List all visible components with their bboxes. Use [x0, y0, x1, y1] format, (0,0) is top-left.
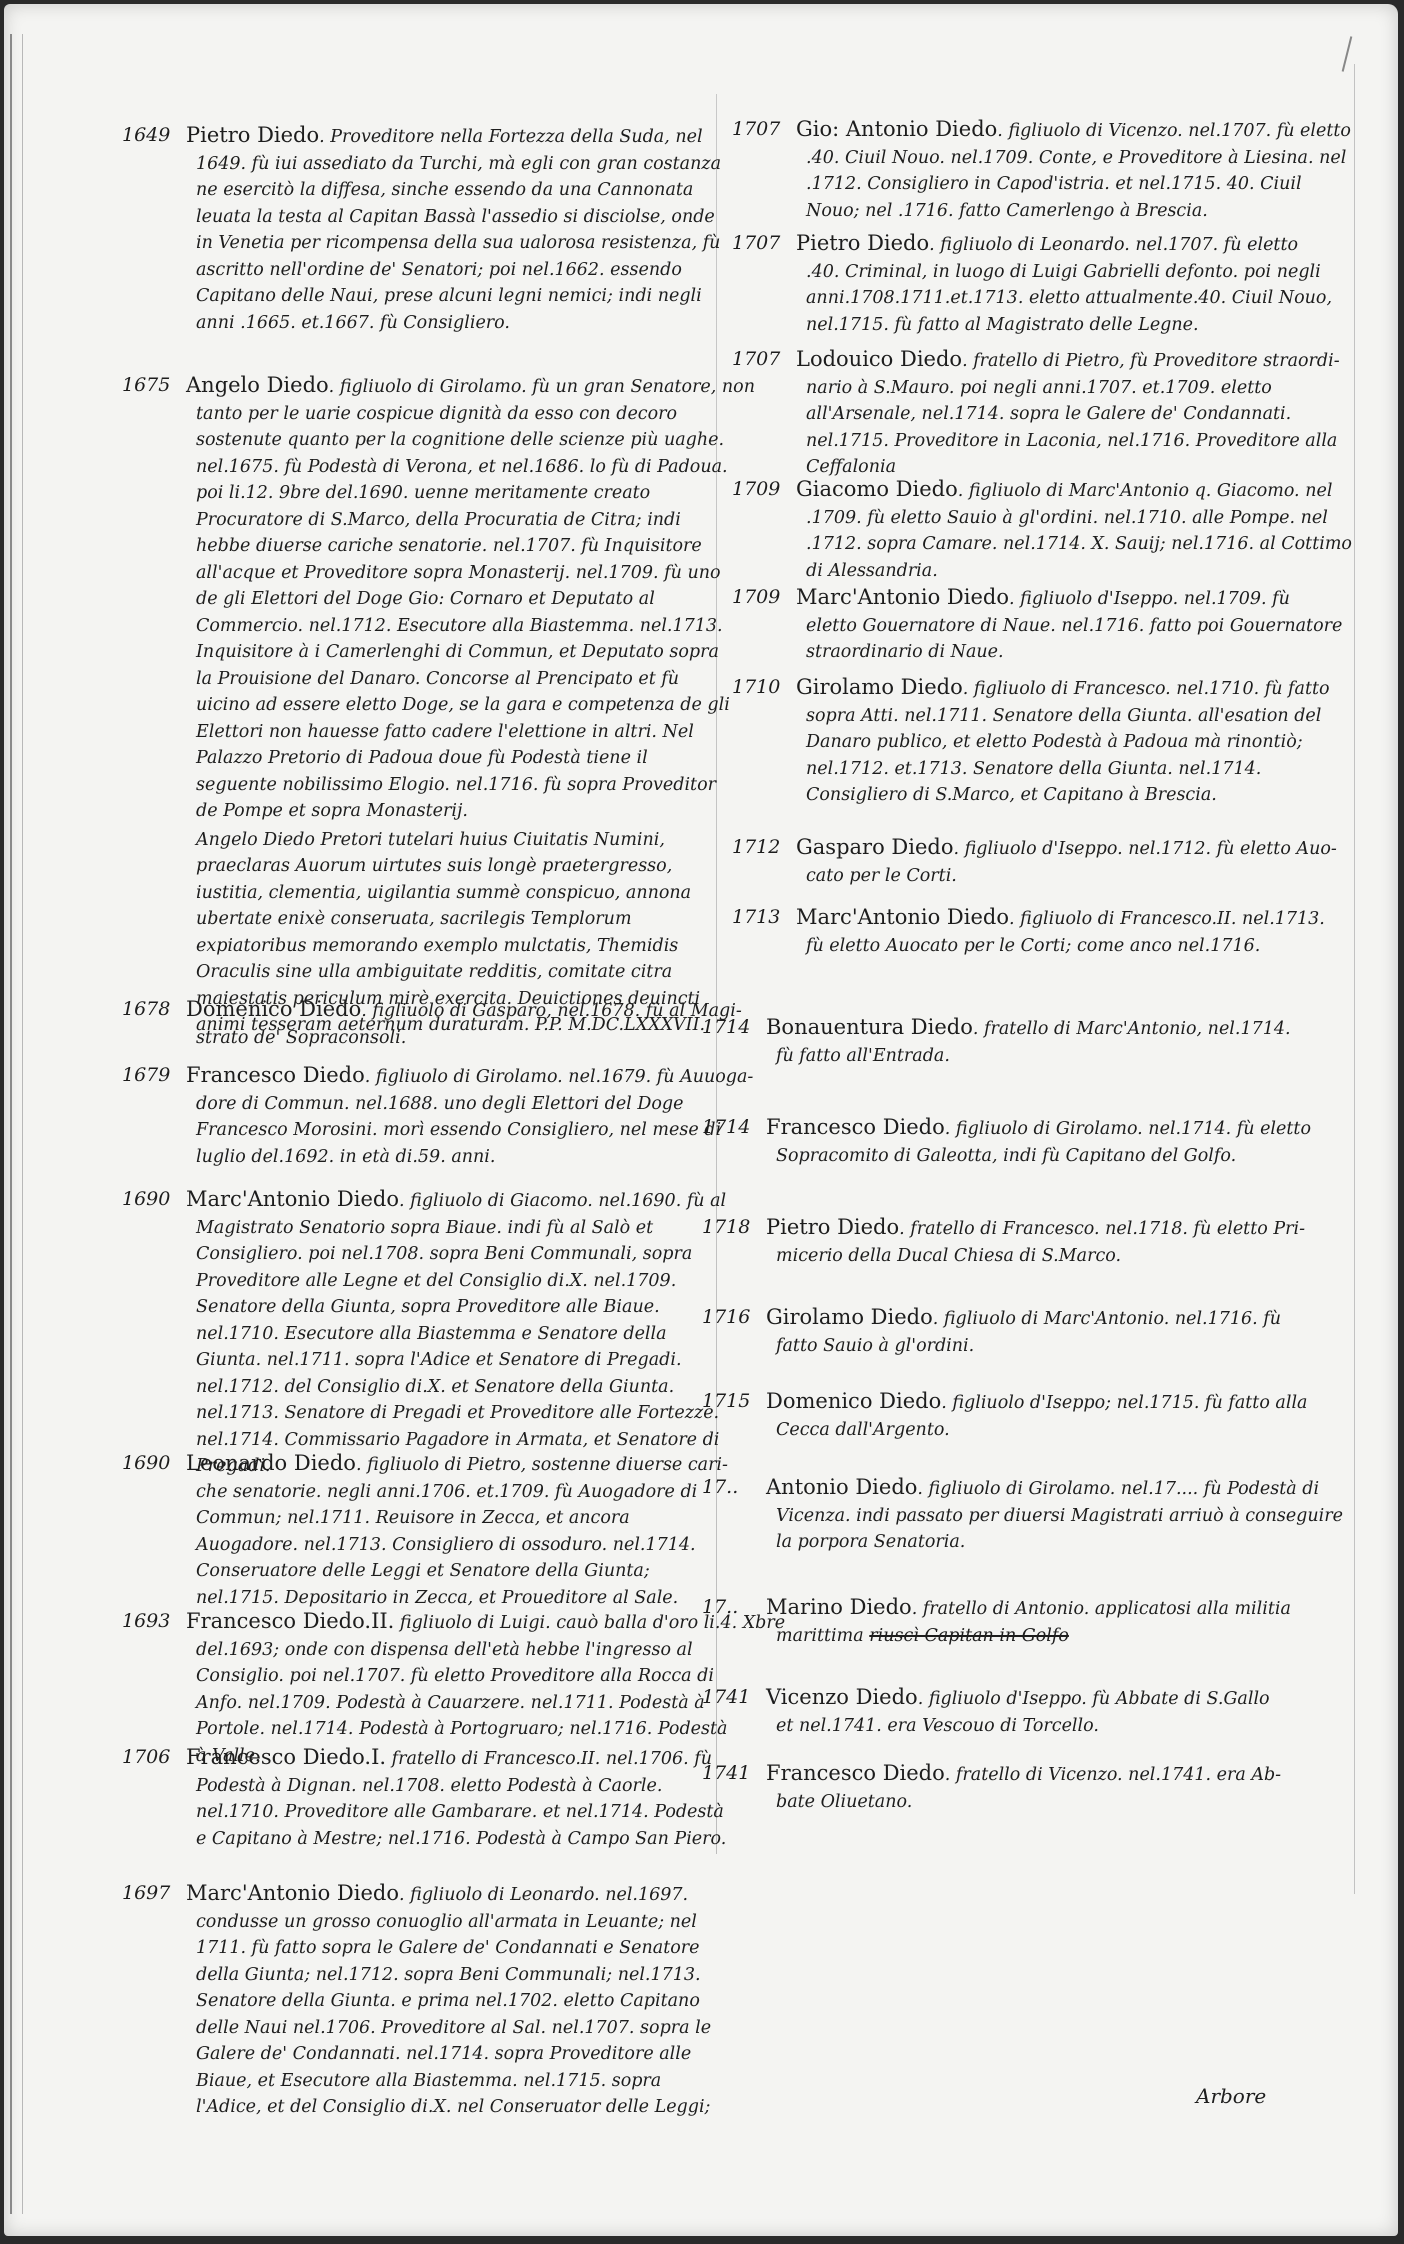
entry-1741-francesco: 1741 Francesco Diedo. fratello di Vicenz…	[702, 1760, 1352, 1815]
entry-year: 1712	[732, 834, 780, 861]
entry-1678-domenico: 1678 Domenico Diedo. figliuolo di Gaspar…	[122, 996, 732, 1051]
entry-1675-angelo: 1675 Angelo Diedo. figliuolo di Girolamo…	[122, 372, 732, 1039]
entry-year: 1714	[702, 1114, 750, 1141]
entry-text: fù eletto Auocato per le Corti; come anc…	[732, 933, 1352, 960]
entry-1707-lodouico: 1707 Lodouico Diedo. fratello di Pietro,…	[732, 346, 1352, 481]
entry-text: Cecca dall'Argento.	[702, 1417, 1352, 1444]
entry-text: Sopracomito di Galeotta, indi fù Capitan…	[702, 1143, 1352, 1170]
page-binding-edge	[10, 34, 23, 2214]
entry-name: Pietro Diedo	[796, 231, 929, 255]
entry-first-line: figliuolo di Marc'Antonio. nel.1716. fù	[944, 1309, 1281, 1329]
entry-1709-giacomo: 1709 Giacomo Diedo. figliuolo di Marc'An…	[732, 476, 1352, 584]
entry-first-line: figliuolo di Vicenzo. nel.1707. fù elett…	[1008, 121, 1351, 141]
entry-year: 17..	[702, 1474, 738, 1501]
entry-1714-bonauentura: 1714 Bonauentura Diedo. fratello di Marc…	[702, 1014, 1352, 1069]
entry-1706-francesco-i: 1706 Francesco Diedo.I. fratello di Fran…	[122, 1744, 732, 1852]
entry-year: 1678	[122, 996, 170, 1023]
entry-1718-pietro: 1718 Pietro Diedo. fratello di Francesco…	[702, 1214, 1352, 1269]
entry-year: 1690	[122, 1450, 170, 1477]
entry-year: 1649	[122, 122, 170, 149]
entry-name: Marc'Antonio Diedo	[796, 585, 1009, 609]
entry-17xx-marino: 17.. Marino Diedo. fratello di Antonio. …	[702, 1594, 1352, 1649]
entry-name: Francesco Diedo.I.	[186, 1745, 386, 1769]
entry-name: Bonauentura Diedo	[766, 1015, 973, 1039]
entry-first-line: figliuolo d'Iseppo. fù Abbate di S.Gallo	[929, 1689, 1270, 1709]
entry-year: 1716	[702, 1304, 750, 1331]
entry-name: Pietro Diedo	[186, 123, 319, 147]
entry-text: 1649. fù iui assediato da Turchi, mà egl…	[122, 151, 732, 337]
entry-1707-gio-antonio: 1707 Gio: Antonio Diedo. figliuolo di Vi…	[732, 116, 1352, 224]
entry-text: sopra Atti. nel.1711. Senatore della Giu…	[732, 703, 1352, 809]
entry-first-line: fratello di Vicenzo. nel.1741. era Ab-	[956, 1765, 1281, 1785]
entry-text: marittima	[776, 1626, 864, 1646]
entry-text: Magistrato Senatorio sopra Biaue. indi f…	[122, 1215, 732, 1480]
entry-year: 1707	[732, 116, 780, 143]
entry-1690-marcantonio: 1690 Marc'Antonio Diedo. figliuolo di Gi…	[122, 1186, 732, 1480]
entry-name: Francesco Diedo	[766, 1115, 945, 1139]
entry-text: che senatorie. negli anni.1706. et.1709.…	[122, 1479, 732, 1612]
entry-name: Girolamo Diedo	[766, 1305, 933, 1329]
entry-first-line: figliuolo di Marc'Antonio q. Giacomo. ne…	[969, 481, 1333, 501]
entry-year: 1707	[732, 346, 780, 373]
entry-name: Giacomo Diedo	[796, 477, 958, 501]
entry-text: .40. Criminal, in luogo di Luigi Gabriel…	[732, 259, 1352, 339]
entry-first-line: figliuolo d'Iseppo; nel.1715. fù fatto a…	[952, 1393, 1307, 1413]
entry-year: 1693	[122, 1608, 170, 1635]
entry-text: nario à S.Mauro. poi negli anni.1707. et…	[732, 375, 1352, 481]
entry-year: 1741	[702, 1760, 750, 1787]
entry-name: Francesco Diedo.II.	[186, 1609, 394, 1633]
entry-year: 1718	[702, 1214, 750, 1241]
manuscript-page: 1649 Pietro Diedo. Proveditore nella For…	[4, 4, 1398, 2236]
entry-text: bate Oliuetano.	[702, 1789, 1352, 1816]
entry-first-line: figliuolo di Gasparo, nel.1678. fù al Ma…	[372, 1001, 741, 1021]
entry-year: 1697	[122, 1880, 170, 1907]
entry-text: dore di Commun. nel.1688. uno degli Elet…	[122, 1091, 732, 1171]
entry-1690-leonardo: 1690 Leonardo Diedo. figliuolo di Pietro…	[122, 1450, 732, 1611]
entry-year: 1741	[702, 1684, 750, 1711]
entry-year: 1715	[702, 1388, 750, 1415]
entry-text: tanto per le uarie cospicue dignità da e…	[122, 401, 732, 825]
entry-17xx-antonio: 17.. Antonio Diedo. figliuolo di Girolam…	[702, 1474, 1352, 1556]
entry-year: 1675	[122, 372, 170, 399]
entry-name: Gasparo Diedo	[796, 835, 953, 859]
entry-name: Marc'Antonio Diedo	[796, 905, 1009, 929]
entry-first-line: figliuolo di Leonardo. nel.1697.	[410, 1885, 688, 1905]
entry-year: 1709	[732, 584, 780, 611]
entry-1712-gasparo: 1712 Gasparo Diedo. figliuolo d'Iseppo. …	[732, 834, 1352, 889]
entry-name: Gio: Antonio Diedo	[796, 117, 997, 141]
entry-first-line: figliuolo di Girolamo. fù un gran Senato…	[340, 377, 755, 397]
entry-first-line: figliuolo di Francesco.II. nel.1713.	[1020, 909, 1325, 929]
entry-name: Vicenzo Diedo	[766, 1685, 918, 1709]
entry-name: Domenico Diedo	[186, 997, 361, 1021]
entry-text: Vicenza. indi passato per diuersi Magist…	[702, 1503, 1352, 1556]
entry-text: cato per le Corti.	[732, 863, 1352, 890]
entry-1697-marcantonio: 1697 Marc'Antonio Diedo. figliuolo di Le…	[122, 1880, 732, 2121]
entry-first-line: figliuolo di Girolamo. nel.1679. fù Auuo…	[376, 1067, 753, 1087]
entry-first-line: fratello di Francesco.II. nel.1706. fù	[392, 1749, 712, 1769]
entry-name: Antonio Diedo	[766, 1475, 917, 1499]
entry-1716-girolamo: 1716 Girolamo Diedo. figliuolo di Marc'A…	[702, 1304, 1352, 1359]
entry-text: micerio della Ducal Chiesa di S.Marco.	[702, 1243, 1352, 1270]
entry-name: Pietro Diedo	[766, 1215, 899, 1239]
entry-name: Girolamo Diedo	[796, 675, 963, 699]
entry-name: Lodouico Diedo	[796, 347, 962, 371]
entry-first-line: figliuolo di Francesco. nel.1710. fù fat…	[974, 679, 1330, 699]
entry-text: condusse un grosso conuoglio all'armata …	[122, 1909, 732, 2121]
entry-1714-francesco: 1714 Francesco Diedo. figliuolo di Girol…	[702, 1114, 1352, 1169]
entry-year: 17..	[702, 1594, 738, 1621]
entry-name: Francesco Diedo	[186, 1063, 365, 1087]
entry-text: .40. Ciuil Nouo. nel.1709. Conte, e Prov…	[732, 145, 1352, 225]
entry-text: et nel.1741. era Vescouo di Torcello.	[702, 1713, 1352, 1740]
entry-name: Marc'Antonio Diedo	[186, 1187, 399, 1211]
entry-first-line: fratello di Marc'Antonio, nel.1714.	[984, 1019, 1291, 1039]
struck-text: riuscì Capitan in Golfo	[869, 1626, 1069, 1646]
entry-year: 1707	[732, 230, 780, 257]
entry-first-line: figliuolo di Girolamo. nel.1714. fù elet…	[956, 1119, 1311, 1139]
entry-text: strato de' Sopraconsoli.	[122, 1025, 732, 1052]
entry-year: 1710	[732, 674, 780, 701]
entry-name: Domenico Diedo	[766, 1389, 941, 1413]
entry-first-line: fratello di Francesco. nel.1718. fù elet…	[910, 1219, 1305, 1239]
entry-1649-pietro: 1649 Pietro Diedo. Proveditore nella For…	[122, 122, 732, 336]
entry-first-line: figliuolo di Leonardo. nel.1707. fù elet…	[940, 235, 1298, 255]
entry-1715-domenico: 1715 Domenico Diedo. figliuolo d'Iseppo;…	[702, 1388, 1352, 1443]
entry-first-line: fratello di Antonio. applicatosi alla mi…	[923, 1599, 1291, 1619]
entry-year: 1706	[122, 1744, 170, 1771]
entry-first-line: figliuolo di Pietro, sostenne diuerse ca…	[367, 1455, 728, 1475]
entry-name: Marino Diedo	[766, 1595, 912, 1619]
entry-1710-girolamo: 1710 Girolamo Diedo. figliuolo di France…	[732, 674, 1352, 809]
entry-first-line: figliuolo d'Iseppo. nel.1712. fù eletto …	[965, 839, 1337, 859]
entry-name: Angelo Diedo	[186, 373, 329, 397]
entry-1741-vicenzo: 1741 Vicenzo Diedo. figliuolo d'Iseppo. …	[702, 1684, 1352, 1739]
entry-text: Podestà à Dignan. nel.1708. eletto Podes…	[122, 1773, 732, 1853]
entry-year: 1709	[732, 476, 780, 503]
entry-year: 1679	[122, 1062, 170, 1089]
entry-first-line: figliuolo d'Iseppo. nel.1709. fù	[1020, 589, 1290, 609]
entry-text: fatto Sauio à gl'ordini.	[702, 1333, 1352, 1360]
catchword: Arbore	[1196, 2084, 1266, 2108]
entry-text: fù fatto all'Entrada.	[702, 1043, 1352, 1070]
entry-first-line: figliuolo di Girolamo. nel.17.... fù Pod…	[929, 1479, 1320, 1499]
entry-1713-marcantonio: 1713 Marc'Antonio Diedo. figliuolo di Fr…	[732, 904, 1352, 959]
entry-name: Marc'Antonio Diedo	[186, 1881, 399, 1905]
right-margin-rule	[1354, 64, 1355, 1894]
entry-1707-pietro: 1707 Pietro Diedo. figliuolo di Leonardo…	[732, 230, 1352, 338]
entry-year: 1690	[122, 1186, 170, 1213]
entry-year: 1714	[702, 1014, 750, 1041]
entry-1679-francesco: 1679 Francesco Diedo. figliuolo di Girol…	[122, 1062, 732, 1170]
entry-1709-marcantonio: 1709 Marc'Antonio Diedo. figliuolo d'Ise…	[732, 584, 1352, 666]
ink-mark	[1342, 36, 1353, 71]
entry-first-line: fratello di Pietro, fù Proveditore strao…	[973, 351, 1339, 371]
entry-text: .1709. fù eletto Sauio à gl'ordini. nel.…	[732, 505, 1352, 585]
entry-first-line: Proveditore nella Fortezza della Suda, n…	[330, 127, 702, 147]
entry-first-line: figliuolo di Giacomo. nel.1690. fù al	[410, 1191, 726, 1211]
entry-text: eletto Gouernatore di Naue. nel.1716. fa…	[732, 613, 1352, 666]
entry-name: Leonardo Diedo	[186, 1451, 356, 1475]
entry-year: 1713	[732, 904, 780, 931]
entry-name: Francesco Diedo	[766, 1761, 945, 1785]
